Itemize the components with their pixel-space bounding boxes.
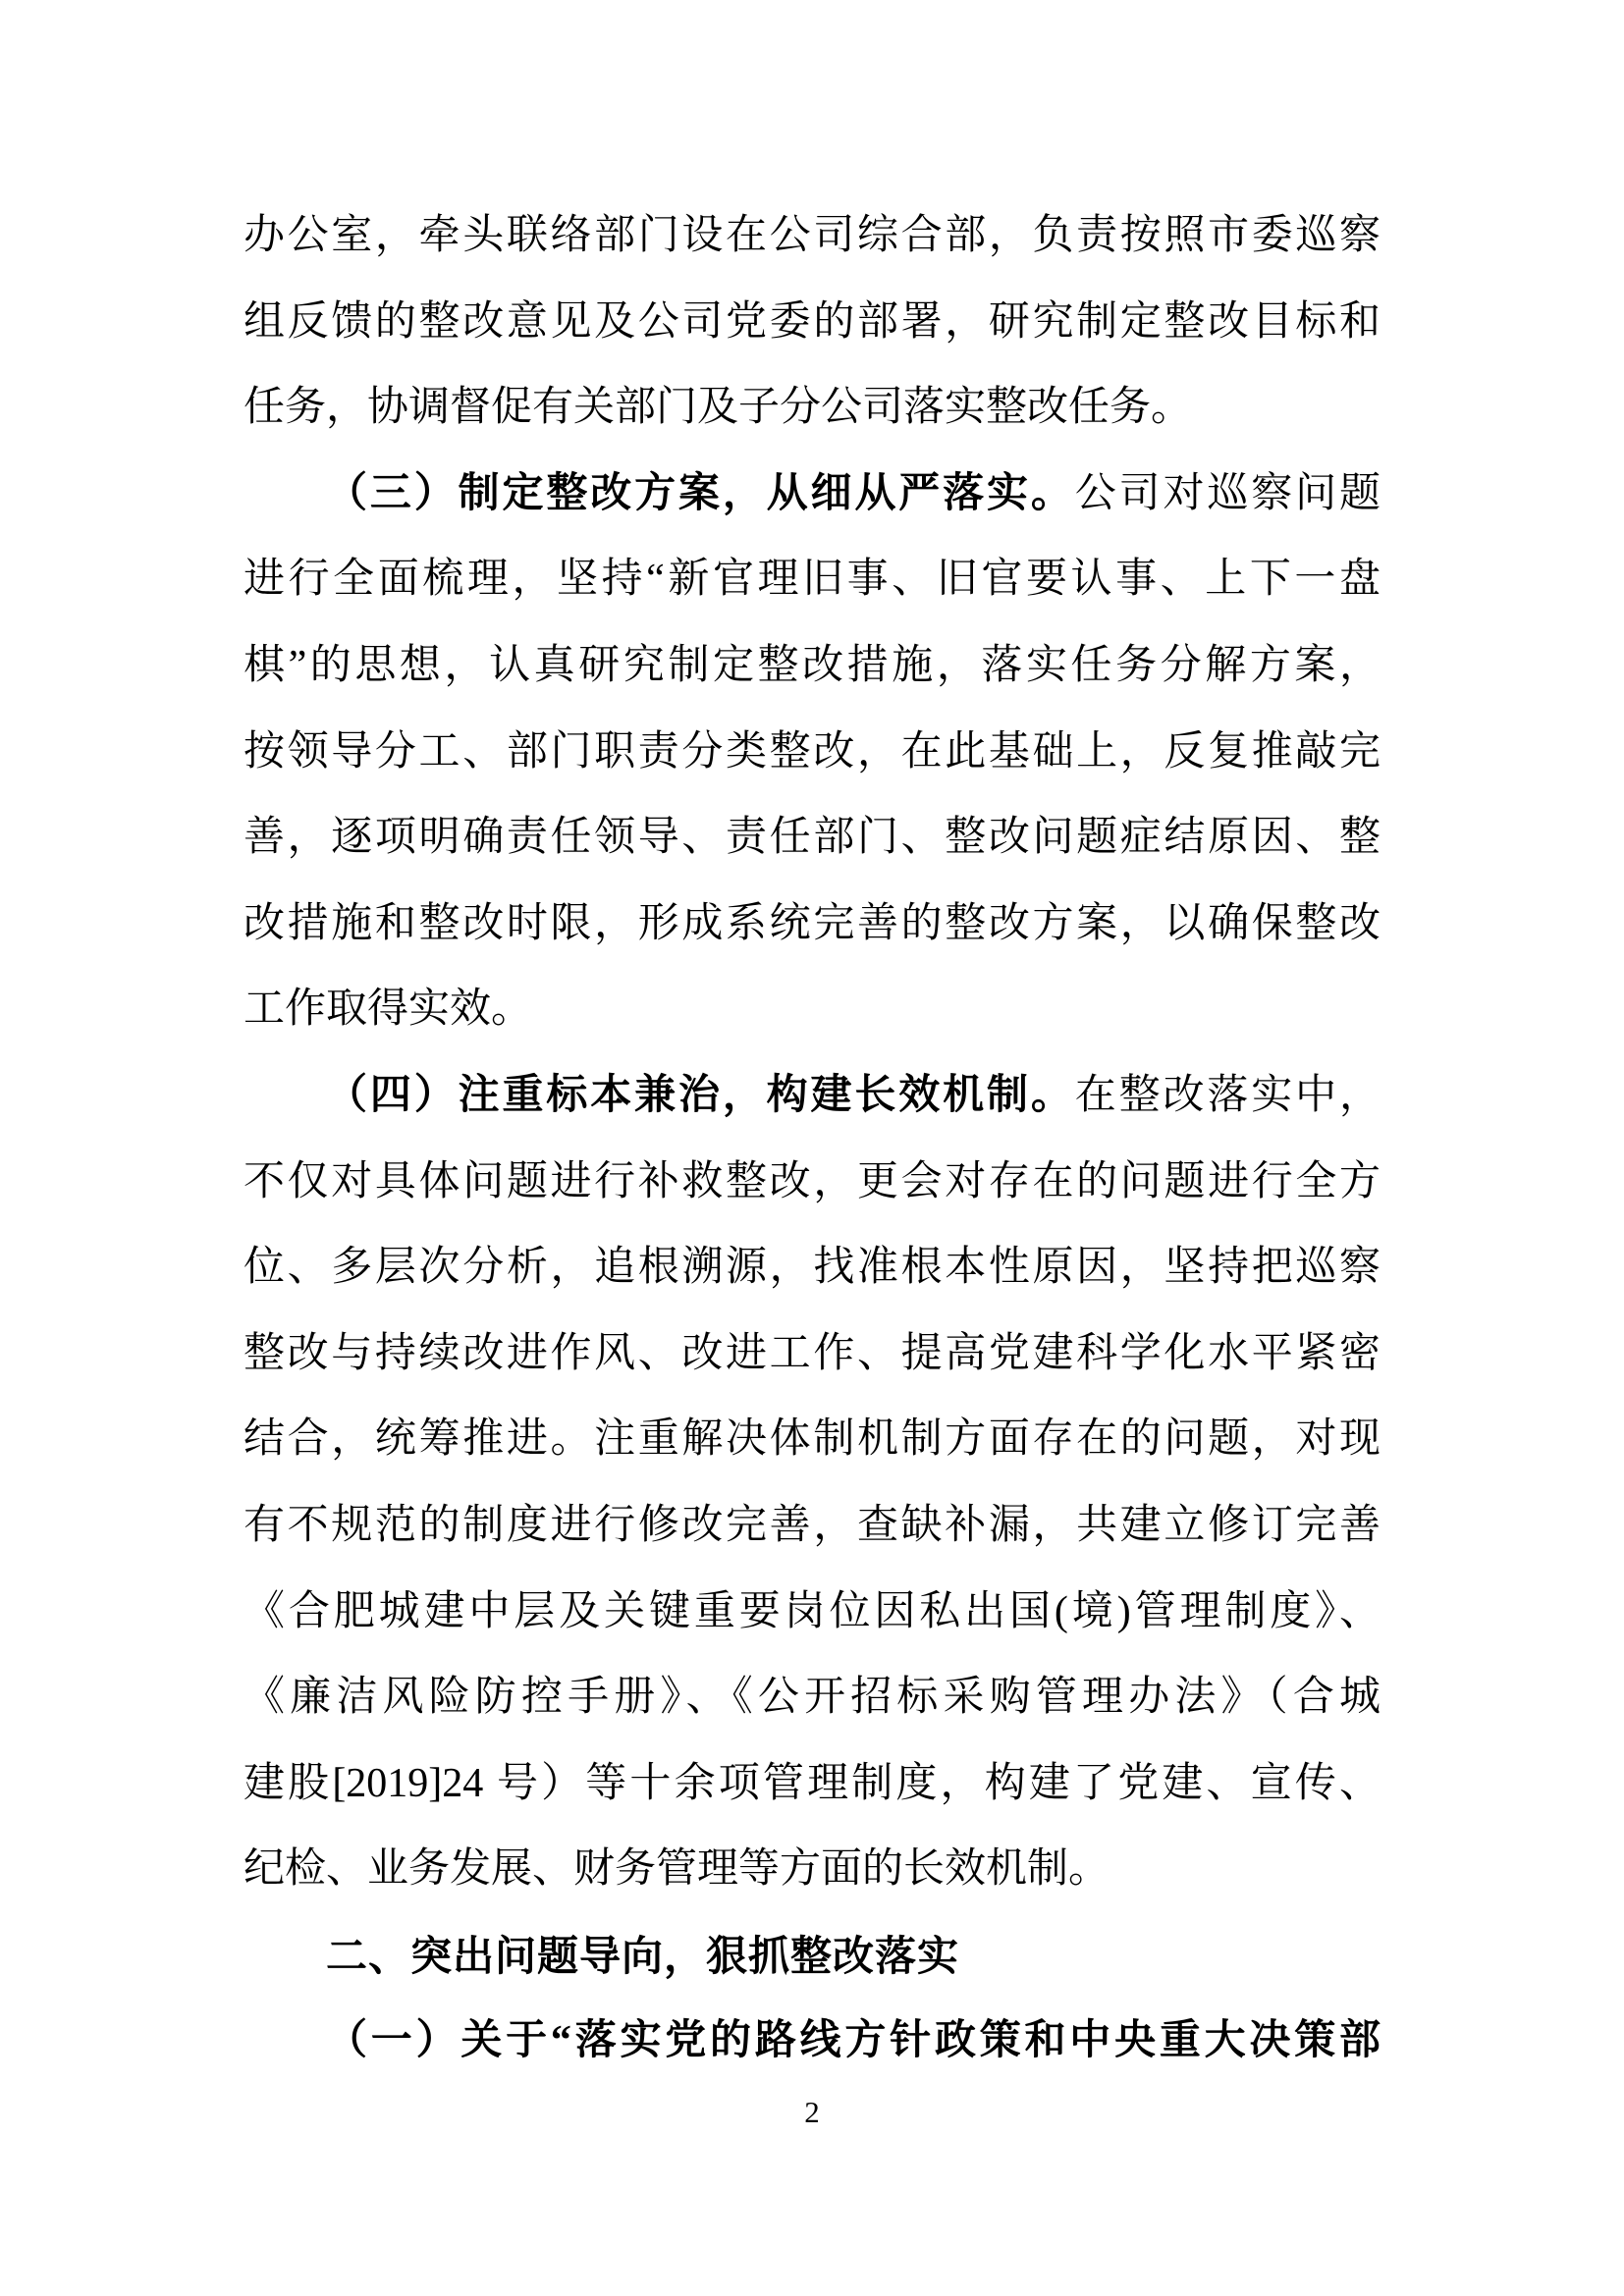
text-line: 结合，统筹推进。注重解决体制机制方面存在的问题，对现 [244, 1397, 1380, 1483]
text-line: 纪检、业务发展、财务管理等方面的长效机制。 [244, 1827, 1380, 1913]
subsection-heading: （一）关于“落实党的路线方针政策和中央重大决策部 [244, 1999, 1380, 2085]
text-line: 《廉洁风险防控手册》、《公开招标采购管理办法》（合城 [244, 1655, 1380, 1741]
page-number: 2 [0, 2095, 1624, 2130]
text-line: 任务，协调督促有关部门及子分公司落实整改任务。 [244, 365, 1380, 452]
text-line: 善，逐项明确责任领导、责任部门、整改问题症结原因、整 [244, 795, 1380, 881]
section-heading: 二、突出问题导向，狠抓整改落实 [244, 1913, 1380, 2000]
text-line: 工作取得实效。 [244, 967, 1380, 1053]
body-text: 办公室，牵头联络部门设在公司综合部，负责按照市委巡察 组反馈的整改意见及公司党委… [244, 193, 1380, 2085]
paragraph-lead-line: （四）注重标本兼治，构建长效机制。在整改落实中， [244, 1053, 1380, 1140]
paragraph-lead-line: （三）制定整改方案，从细从严落实。公司对巡察问题 [244, 452, 1380, 538]
text-line: 位、多层次分析，追根溯源，找准根本性原因，坚持把巡察 [244, 1225, 1380, 1311]
bold-run: （四）注重标本兼治，构建长效机制。 [326, 1073, 1075, 1118]
text-line: 按领导分工、部门职责分类整改，在此基础上，反复推敲完 [244, 710, 1380, 796]
bold-run: （三）制定整改方案，从细从严落实。 [326, 471, 1075, 516]
text-line: 建股[2019]24 号）等十余项管理制度，构建了党建、宣传、 [244, 1741, 1380, 1828]
text-line: 《合肥城建中层及关键重要岗位因私出国(境)管理制度》、 [244, 1570, 1380, 1656]
text-line: 办公室，牵头联络部门设在公司综合部，负责按照市委巡察 [244, 193, 1380, 280]
text-line: 有不规范的制度进行修改完善，查缺补漏，共建立修订完善 [244, 1483, 1380, 1570]
regular-run: 公司对巡察问题 [1075, 471, 1380, 516]
text-line: 棋”的思想，认真研究制定整改措施，落实任务分解方案， [244, 623, 1380, 710]
text-line: 组反馈的整改意见及公司党委的部署，研究制定整改目标和 [244, 280, 1380, 366]
text-line: 整改与持续改进作风、改进工作、提高党建科学化水平紧密 [244, 1311, 1380, 1398]
text-line: 改措施和整改时限，形成系统完善的整改方案，以确保整改 [244, 881, 1380, 968]
text-line: 不仅对具体问题进行补救整改，更会对存在的问题进行全方 [244, 1140, 1380, 1226]
document-page: 办公室，牵头联络部门设在公司综合部，负责按照市委巡察 组反馈的整改意见及公司党委… [0, 0, 1624, 2296]
regular-run: 在整改落实中， [1075, 1073, 1380, 1118]
text-line: 进行全面梳理，坚持“新官理旧事、旧官要认事、上下一盘 [244, 537, 1380, 623]
